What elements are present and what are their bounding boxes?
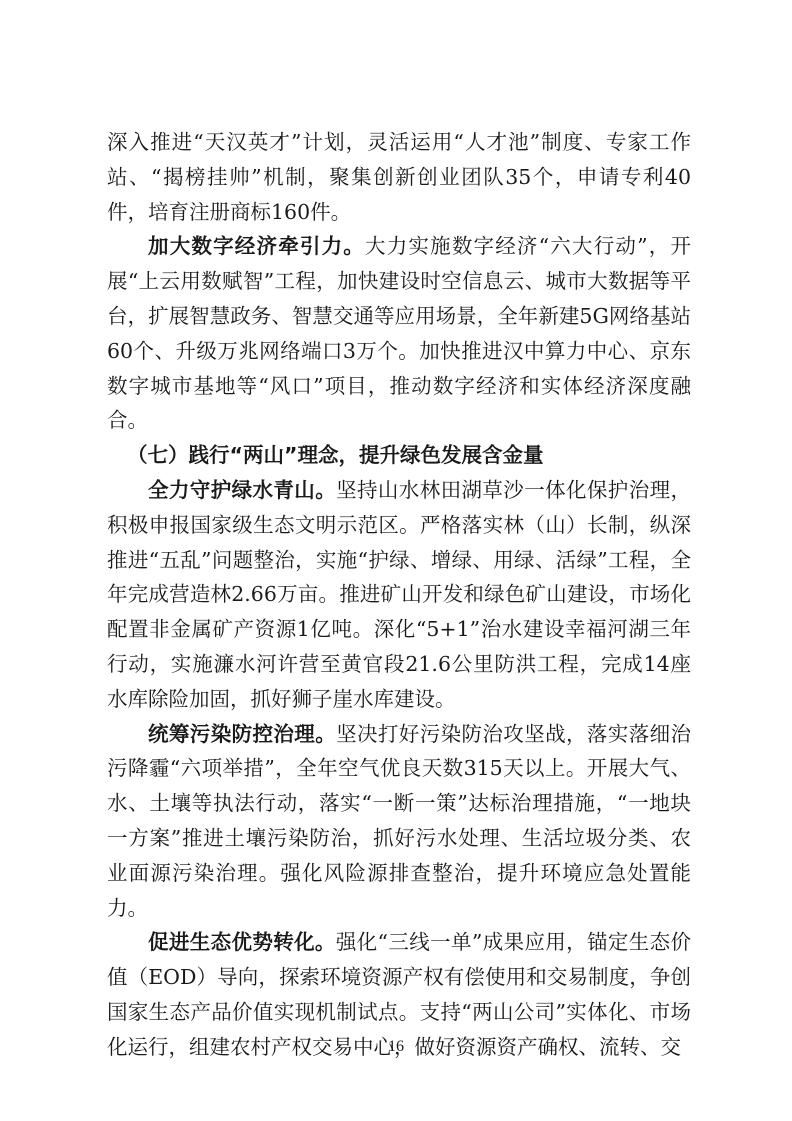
paragraph-lead: 加大数字经济牵引力。 bbox=[148, 234, 365, 258]
page-body: 深入推进“天汉英才”计划，灵活运用“人才池”制度、专家工作站、“揭榜挂帅”机制，… bbox=[107, 125, 691, 1065]
paragraph-text: 深入推进“天汉英才”计划，灵活运用“人才池”制度、专家工作站、“揭榜挂帅”机制，… bbox=[107, 130, 691, 224]
paragraph-lead: 促进生态优势转化。 bbox=[148, 930, 336, 954]
paragraph-text: 大力实施数字经济“六大行动”，开展“上云用数赋智”工程，加快建设时空信息云、城市… bbox=[107, 234, 691, 432]
paragraph-lead: 统筹污染防控治理。 bbox=[148, 722, 336, 746]
document-page: 深入推进“天汉英才”计划，灵活运用“人才池”制度、专家工作站、“揭榜挂帅”机制，… bbox=[0, 0, 792, 1121]
paragraph-lead: 全力守护绿水青山。 bbox=[148, 478, 336, 502]
paragraph-text: 坚持山水林田湖草沙一体化保护治理，积极申报国家级生态文明示范区。严格落实林（山）… bbox=[107, 478, 691, 711]
paragraph-digital-economy: 加大数字经济牵引力。大力实施数字经济“六大行动”，开展“上云用数赋智”工程，加快… bbox=[107, 229, 691, 438]
paragraph-protect-green: 全力守护绿水青山。坚持山水林田湖草沙一体化保护治理，积极申报国家级生态文明示范区… bbox=[107, 473, 691, 717]
section-heading: （七）践行“两山”理念，提升绿色发展含金量 bbox=[107, 438, 691, 473]
paragraph-talent: 深入推进“天汉英才”计划，灵活运用“人才池”制度、专家工作站、“揭榜挂帅”机制，… bbox=[107, 125, 691, 229]
paragraph-text: 坚决打好污染防治攻坚战，落实落细治污降霾“六项举措”，全年空气优良天数315天以… bbox=[107, 722, 691, 920]
paragraph-pollution-control: 统筹污染防控治理。坚决打好污染防治攻坚战，落实落细治污降霾“六项举措”，全年空气… bbox=[107, 717, 691, 926]
page-number: 16 bbox=[0, 1038, 792, 1056]
